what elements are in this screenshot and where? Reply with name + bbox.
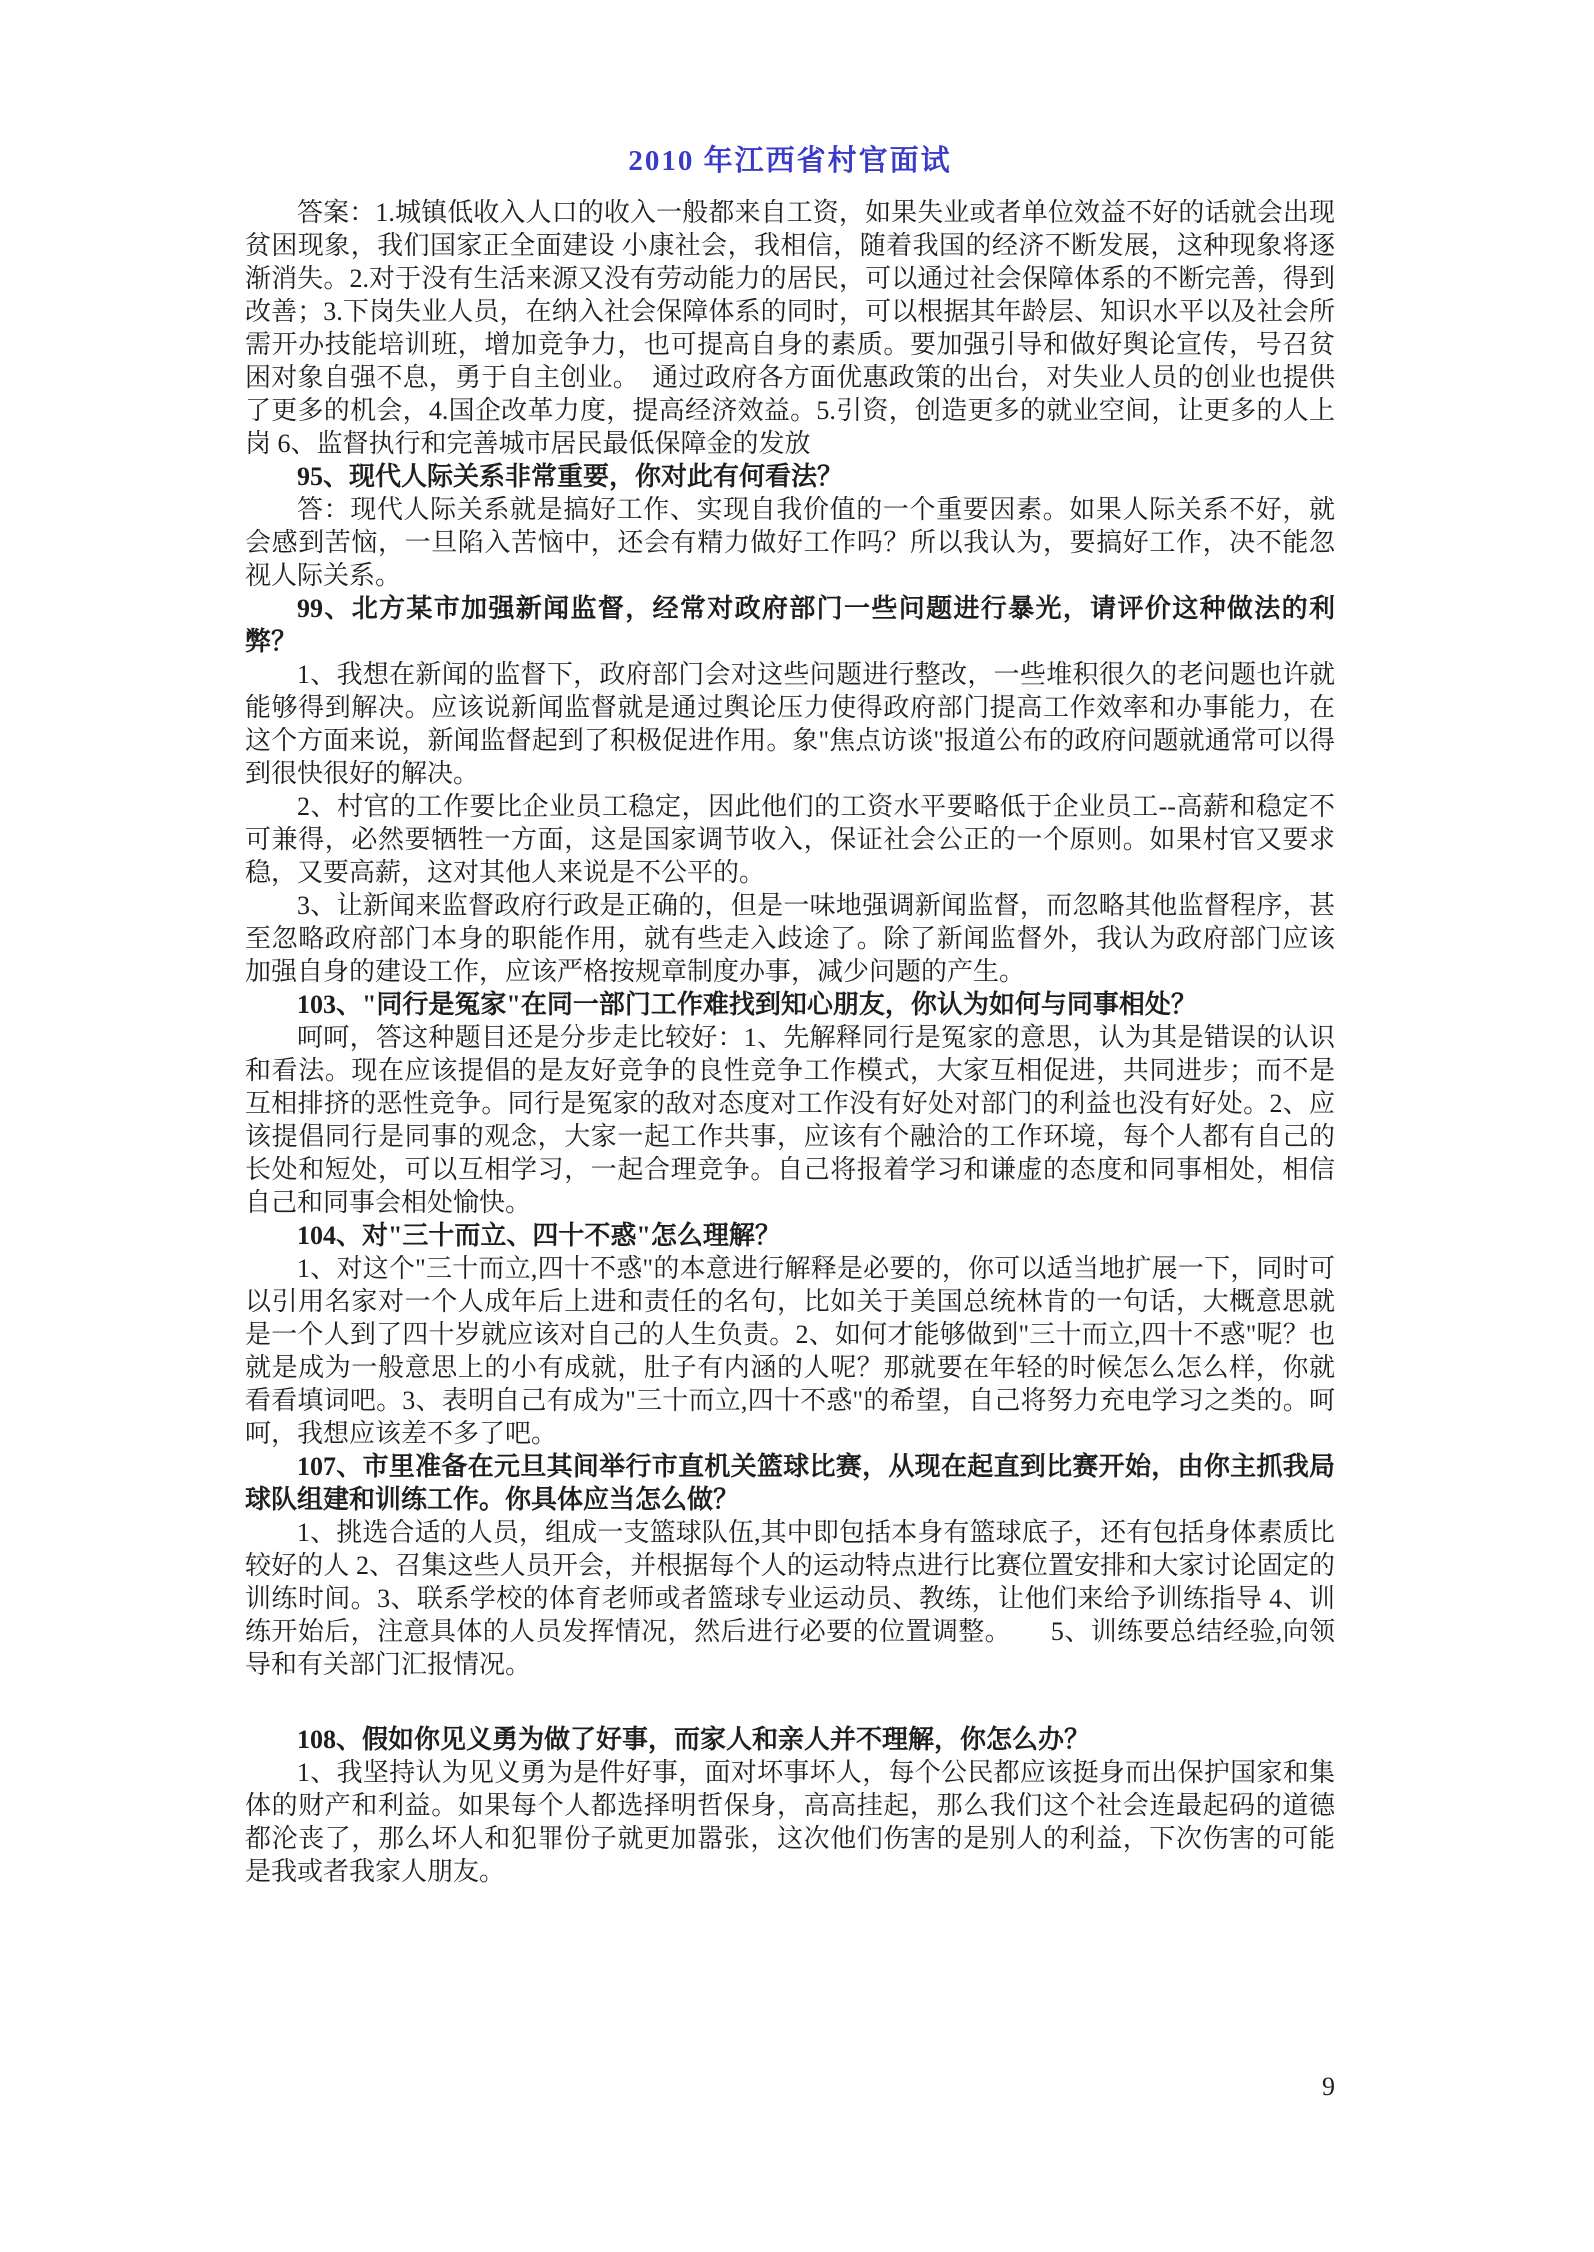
answer-paragraph: 3、让新闻来监督政府行政是正确的，但是一味地强调新闻监督，而忽略其他监督程序，甚… [245,889,1335,988]
question-heading: 99、北方某市加强新闻监督，经常对政府部门一些问题进行暴光，请评价这种做法的利弊… [245,592,1335,658]
answer-paragraph: 答案：1.城镇低收入人口的收入一般都来自工资，如果失业或者单位效益不好的话就会出… [245,196,1335,460]
question-heading: 103、"同行是冤家"在同一部门工作难找到知心朋友，你认为如何与同事相处？ [245,988,1335,1021]
question-heading: 104、对"三十而立、四十不惑"怎么理解？ [245,1219,1335,1252]
document-body: 答案：1.城镇低收入人口的收入一般都来自工资，如果失业或者单位效益不好的话就会出… [245,196,1335,1888]
question-heading: 95、现代人际关系非常重要，你对此有何看法？ [245,460,1335,493]
answer-paragraph: 答：现代人际关系就是搞好工作、实现自我价值的一个重要因素。如果人际关系不好，就会… [245,493,1335,592]
answer-paragraph: 1、挑选合适的人员，组成一支篮球队伍,其中即包括本身有篮球底子，还有包括身体素质… [245,1516,1335,1681]
answer-paragraph: 2、村官的工作要比企业员工稳定，因此他们的工资水平要略低于企业员工--高薪和稳定… [245,790,1335,889]
answer-paragraph: 1、对这个"三十而立,四十不惑"的本意进行解释是必要的，你可以适当地扩展一下，同… [245,1252,1335,1450]
document-page: 2010 年江西省村官面试 答案：1.城镇低收入人口的收入一般都来自工资，如果失… [0,0,1594,2252]
document-header: 2010 年江西省村官面试 [245,138,1335,179]
answer-paragraph: 1、我想在新闻的监督下，政府部门会对这些问题进行整改，一些堆积很久的老问题也许就… [245,658,1335,790]
question-heading: 107、市里准备在元旦其间举行市直机关篮球比赛，从现在起直到比赛开始，由你主抓我… [245,1450,1335,1516]
answer-paragraph: 1、我坚持认为见义勇为是件好事，面对坏事坏人，每个公民都应该挺身而出保护国家和集… [245,1756,1335,1888]
question-heading: 108、假如你见义勇为做了好事，而家人和亲人并不理解，你怎么办？ [245,1723,1335,1756]
page-number: 9 [245,2072,1335,2102]
answer-paragraph: 呵呵，答这种题目还是分步走比较好：1、先解释同行是冤家的意思，认为其是错误的认识… [245,1021,1335,1219]
